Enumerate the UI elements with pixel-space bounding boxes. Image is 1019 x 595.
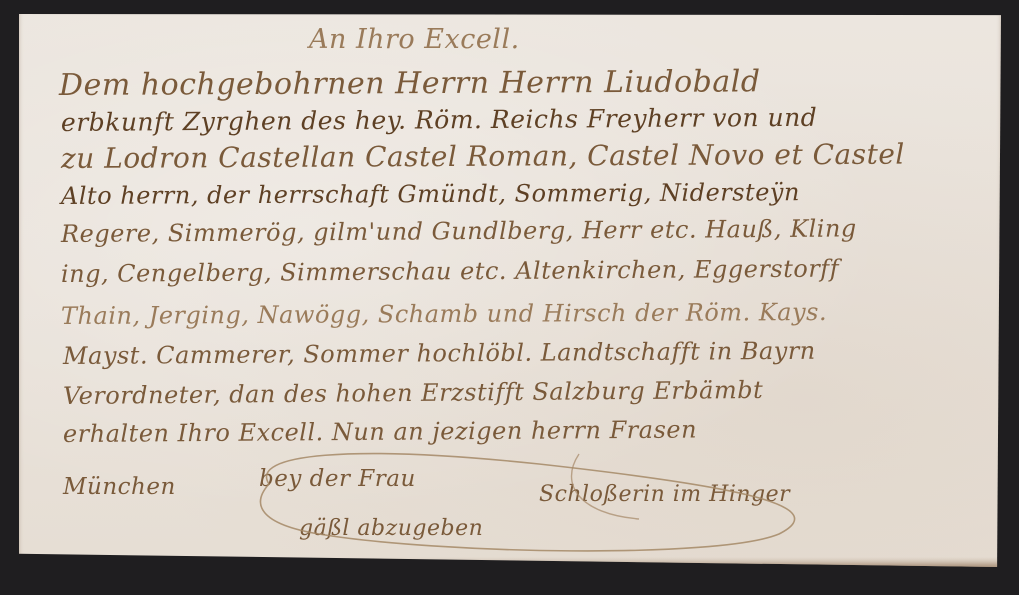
footer-encircled-line-3: gäßl abzugeben	[299, 516, 483, 541]
letter-heading: An Ihro Excell.	[309, 24, 520, 55]
letter-line-7: Thain, Jerging, Nawögg, Schamb und Hirsc…	[61, 298, 827, 330]
letter-line-9: Verordneter, dan des hohen Erzstifft Sal…	[63, 376, 763, 410]
letter-line-10: erhalten Ihro Excell. Nun an jezigen her…	[63, 416, 697, 448]
letter-line-3: zu Lodron Castellan Castel Roman, Castel…	[61, 138, 905, 175]
letter-paper: An Ihro Excell. Dem hochgebohrnen Herrn …	[19, 14, 1001, 567]
letter-line-4: Alto herrn, der herrschaft Gmündt, Somme…	[61, 178, 800, 210]
letter-line-1: Dem hochgebohrnen Herrn Herrn Liudobald	[59, 64, 761, 103]
footer-encircled-line-2: Schloßerin im Hinger	[539, 482, 790, 507]
footer-encircled-line-1: bey der Frau	[259, 466, 416, 492]
letter-line-8: Mayst. Cammerer, Sommer hochlöbl. Landts…	[63, 337, 816, 370]
letter-line-2: erbkunft Zyrghen des hey. Röm. Reichs Fr…	[61, 103, 817, 137]
footer-city: München	[63, 474, 176, 500]
letter-line-6: ing, Cengelberg, Simmerschau etc. Altenk…	[61, 255, 839, 288]
letter-line-5: Regere, Simmerög, gilm'und Gundlberg, He…	[61, 214, 857, 248]
photo-background: An Ihro Excell. Dem hochgebohrnen Herrn …	[0, 0, 1019, 595]
